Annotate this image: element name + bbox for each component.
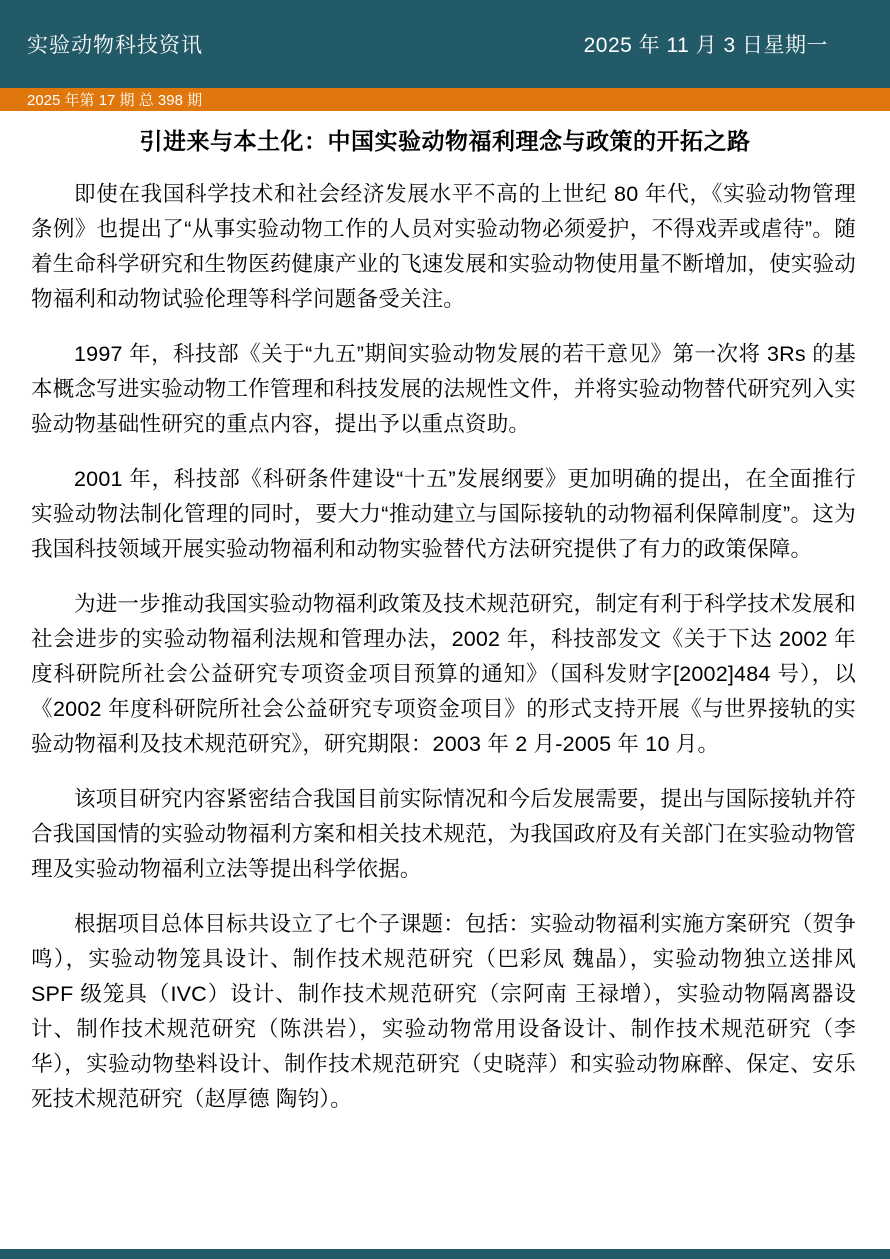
masthead-title: 实验动物科技资讯 <box>27 29 203 59</box>
paragraph: 根据项目总体目标共设立了七个子课题：包括：实验动物福利实施方案研究（贺争鸣），实… <box>31 907 856 1117</box>
paragraph: 1997 年，科技部《关于“九五”期间实验动物发展的若干意见》第一次将 3Rs … <box>31 337 856 442</box>
issue-bar: 2025 年第 17 期 总 398 期 <box>0 88 890 111</box>
newsletter-page: 实验动物科技资讯 2025 年 11 月 3 日星期一 2025 年第 17 期… <box>0 0 890 1259</box>
top-header-bar: 实验动物科技资讯 2025 年 11 月 3 日星期一 <box>0 0 890 88</box>
paragraph: 该项目研究内容紧密结合我国目前实际情况和今后发展需要，提出与国际接轨并符合我国国… <box>31 782 856 887</box>
paragraph: 即使在我国科学技术和社会经济发展水平不高的上世纪 80 年代，《实验动物管理条例… <box>31 177 856 317</box>
footer-accent-bar <box>0 1249 890 1259</box>
paragraph: 2001 年，科技部《科研条件建设“十五”发展纲要》更加明确的提出，在全面推行实… <box>31 462 856 567</box>
header-date: 2025 年 11 月 3 日星期一 <box>584 29 828 59</box>
article-body: 即使在我国科学技术和社会经济发展水平不高的上世纪 80 年代，《实验动物管理条例… <box>0 177 890 1137</box>
article-title: 引进来与本土化：中国实验动物福利理念与政策的开拓之路 <box>30 123 860 156</box>
issue-number-label: 2025 年第 17 期 总 398 期 <box>27 89 202 110</box>
paragraph: 为进一步推动我国实验动物福利政策及技术规范研究，制定有利于科学技术发展和社会进步… <box>31 587 856 762</box>
